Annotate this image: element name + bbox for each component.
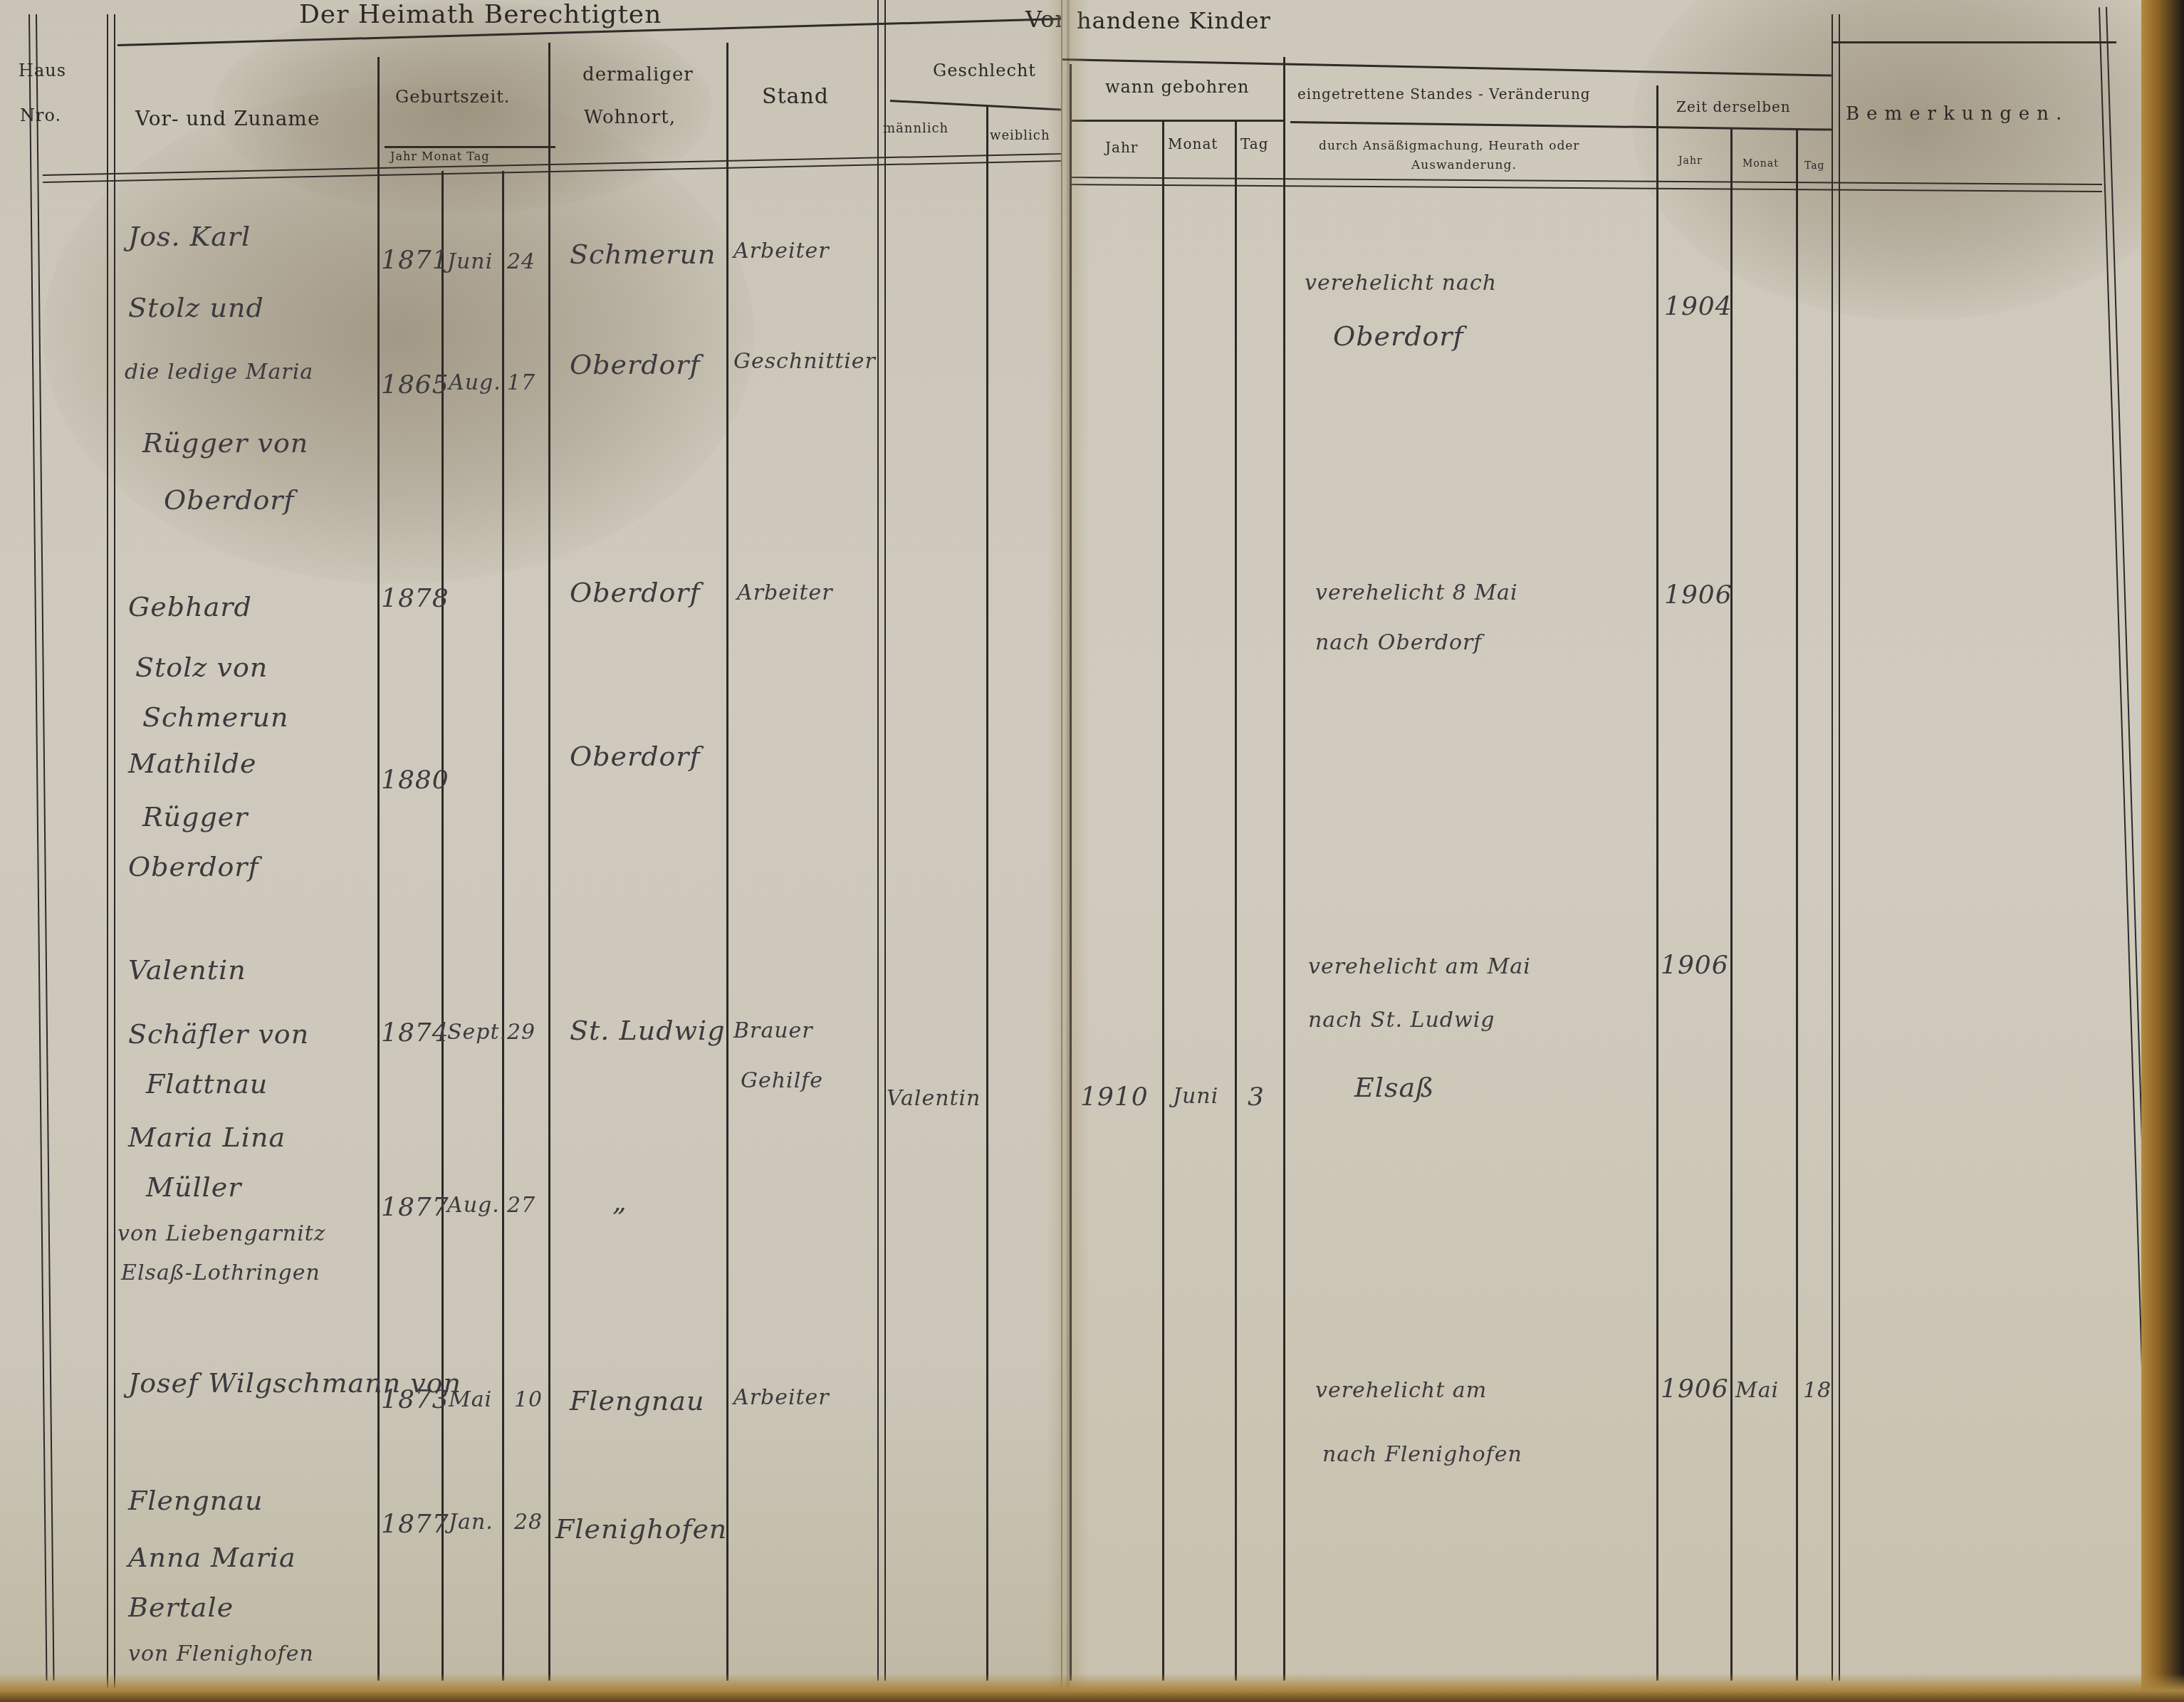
book-edge: [2141, 0, 2184, 1702]
entry-4-change-line: Elsaß: [1354, 1072, 1434, 1103]
entry-3-name-line: Rügger: [142, 801, 248, 832]
entry-5-wohnort: Flengnau: [570, 1385, 704, 1416]
entry-2-name-line: Schmerun: [142, 701, 288, 733]
entry-4-name-line: Elsaß-Lothringen: [121, 1260, 320, 1285]
col-header-jahr: Jahr: [1105, 139, 1138, 156]
entry-4-stand: Brauer: [733, 1018, 813, 1043]
col-header-zeit-tag: Tag: [1804, 160, 1825, 172]
entry-4-change-line: verehelicht am Mai: [1308, 954, 1531, 979]
entry-1-name-line: Oberdorf: [164, 484, 295, 516]
entry-4-name-line: Flattnau: [146, 1068, 268, 1100]
entry-4-child-name: Valentin: [887, 1086, 981, 1111]
col-header-zeit-jahr: Jahr: [1678, 155, 1703, 167]
entry-4-birth-day-2: 27: [507, 1193, 535, 1218]
col-header-wohnort-1: dermaliger: [582, 64, 694, 85]
entry-4-name-line: Schäfler von: [128, 1018, 309, 1050]
entry-2-change-line: verehelicht 8 Mai: [1315, 580, 1518, 605]
entry-1-name-line: Jos. Karl: [128, 221, 251, 252]
column-rule-tag: [1283, 57, 1285, 1681]
entry-4-name-line: Müller: [146, 1171, 241, 1203]
column-rule-zeit-jahr: [1730, 128, 1733, 1681]
open-register-book: Der Heimath Berechtigten Vor Haus Nro. V…: [0, 0, 2184, 1702]
col-header-maennlich: männlich: [883, 121, 949, 136]
entry-1-wohnort-2: Oberdorf: [570, 349, 701, 380]
entry-5-birth-day: 10: [514, 1387, 543, 1412]
entry-1-birth-year-2: 1865: [381, 370, 449, 400]
col-header-wann-gebohren: wann gebohren: [1105, 77, 1249, 97]
column-rule-jahr: [1162, 121, 1164, 1681]
column-rule-zeit-monat: [1796, 128, 1798, 1681]
entry-1-birth-year: 1871: [381, 246, 449, 275]
right-page: handene Kinder wann gebohren Jahr Monat …: [1062, 0, 2145, 1702]
entry-1-birth-day-2: 17: [507, 370, 535, 395]
col-header-standes-veraenderung: eingetrettene Standes - Veränderung: [1297, 85, 1591, 103]
page-title-left: Der Heimath Berechtigten: [299, 0, 662, 29]
entry-1-change-year: 1904: [1664, 292, 1733, 321]
col-header-haus: Haus: [19, 61, 66, 80]
entry-5-name-line: von Flenighofen: [128, 1641, 314, 1666]
entry-4-child-day: 3: [1248, 1082, 1265, 1112]
entry-5-stand: Arbeiter: [733, 1385, 830, 1410]
entry-2-birth-year: 1878: [381, 584, 449, 613]
entry-4-birth-month-2: Aug.: [447, 1193, 500, 1218]
entry-5-birth-year: 1873: [381, 1385, 449, 1414]
entry-1-birth-day: 24: [507, 249, 535, 274]
entry-5-wohnort-2: Flenighofen: [555, 1513, 727, 1545]
header-rule-geschlecht: [890, 100, 1062, 111]
col-header-geburtszeit: Geburtszeit.: [395, 87, 510, 107]
col-header-name: Vor- und Zuname: [135, 107, 320, 130]
entry-1-stand: Arbeiter: [733, 239, 830, 263]
entry-4-child-year: 1910: [1080, 1082, 1149, 1112]
entry-5-birth-day-2: 28: [514, 1510, 543, 1535]
entry-4-wohnort: St. Ludwig: [570, 1015, 726, 1046]
column-rule-standes: [1656, 85, 1658, 1681]
column-rule-margin: [28, 14, 55, 1681]
entry-4-name-line: Valentin: [128, 954, 246, 986]
entry-5-birth-year-2: 1877: [381, 1510, 449, 1539]
entry-2-name-line: Stolz von: [135, 652, 268, 683]
entry-3-name-line: Oberdorf: [128, 851, 259, 882]
entry-4-wohnort-2: „: [612, 1186, 627, 1217]
column-rule-monat: [1235, 121, 1237, 1681]
column-rule-zeit-tag: [1832, 14, 1840, 1681]
entry-2-wohnort: Oberdorf: [570, 577, 701, 608]
header-rule-geburtszeit: [385, 146, 555, 148]
entry-1-name-line: Rügger von: [142, 427, 308, 459]
col-header-standes-sub-1: durch Ansäßigmachung, Heurath oder: [1319, 139, 1580, 153]
entry-4-birth-month: Sept.: [447, 1020, 507, 1045]
book-gutter: [1047, 0, 1090, 1702]
entry-5-change-year: 1906: [1661, 1374, 1729, 1404]
column-rule-monat: [502, 171, 504, 1681]
entry-2-change-line: nach Oberdorf: [1315, 630, 1482, 655]
entry-4-stand-2: Gehilfe: [741, 1068, 823, 1093]
entry-5-change-day: 18: [1803, 1378, 1832, 1403]
entry-3-name-line: Mathilde: [128, 748, 256, 779]
entry-5-name-line: Flengnau: [128, 1485, 263, 1516]
water-stain: [1632, 0, 2145, 320]
column-rule-wohnort: [726, 43, 728, 1681]
entry-4-change-year: 1906: [1661, 951, 1729, 980]
entry-2-change-year: 1906: [1664, 580, 1733, 610]
page-bottom-edge: [0, 1674, 2184, 1702]
entry-3-wohnort: Oberdorf: [570, 741, 701, 772]
left-page: Der Heimath Berechtigten Vor Haus Nro. V…: [0, 0, 1062, 1702]
entry-2-name-line: Gebhard: [128, 591, 252, 622]
col-header-bemerkungen: Bemerkungen.: [1846, 103, 2069, 125]
col-header-zeit-monat: Monat: [1743, 158, 1779, 169]
entry-2-stand: Arbeiter: [737, 580, 833, 605]
col-header-weiblich: weiblich: [990, 128, 1050, 143]
entry-5-change-month: Mai: [1735, 1378, 1779, 1403]
entry-3-birth-year: 1880: [381, 766, 449, 795]
col-header-monat: Monat: [1168, 135, 1218, 152]
col-header-standes-sub-2: Auswanderung.: [1411, 158, 1517, 172]
entry-4-birth-year-2: 1877: [381, 1193, 449, 1222]
col-header-geburtszeit-sub: Jahr Monat Tag: [390, 150, 490, 163]
entry-5-change-line: verehelicht am: [1315, 1378, 1487, 1403]
col-header-geschlecht: Geschlecht: [933, 61, 1036, 80]
entry-4-child-month: Juni: [1173, 1084, 1218, 1109]
col-header-nro: Nro.: [20, 105, 61, 125]
col-header-tag: Tag: [1240, 135, 1269, 152]
col-header-zeit-derselben: Zeit derselben: [1676, 98, 1791, 115]
entry-5-birth-month: Mai: [449, 1387, 492, 1412]
entry-4-name-line: von Liebengarnitz: [117, 1221, 326, 1246]
entry-1-change-line: verehelicht nach: [1305, 271, 1497, 296]
entry-1-wohnort: Schmerun: [570, 239, 716, 270]
entry-1-stand-2: Geschnittier: [733, 349, 876, 374]
entry-5-change-line: nach Flenighofen: [1322, 1442, 1522, 1467]
entry-1-birth-month-2: Aug.: [449, 370, 501, 395]
column-rule-tag: [548, 43, 550, 1681]
entry-1-birth-month: Juni: [447, 249, 493, 274]
entry-4-change-line: nach St. Ludwig: [1308, 1008, 1495, 1033]
entry-1-name-line: Stolz und: [128, 292, 264, 323]
column-rule-haus: [107, 14, 115, 1688]
entry-4-birth-year: 1874: [381, 1018, 449, 1048]
entry-4-birth-day: 29: [507, 1020, 535, 1045]
column-rule-stand: [877, 0, 886, 1681]
entry-5-birth-month-2: Jan.: [449, 1510, 493, 1535]
entry-5-name-line: Bertale: [128, 1592, 234, 1623]
col-header-stand: Stand: [762, 84, 829, 109]
entry-1-change-line: Oberdorf: [1333, 320, 1464, 352]
header-rule-bemerkungen: [1832, 41, 2116, 43]
entry-1-name-line: die ledige Maria: [125, 360, 313, 385]
page-title-right: handene Kinder: [1077, 7, 1271, 34]
column-rule-maennlich: [986, 107, 988, 1681]
entry-5-name-line: Anna Maria: [128, 1542, 296, 1573]
header-rule-wann: [1070, 120, 1283, 122]
entry-4-name-line: Maria Lina: [128, 1122, 286, 1153]
col-header-wohnort-2: Wohnort,: [584, 107, 676, 128]
column-rule-name: [377, 57, 380, 1681]
